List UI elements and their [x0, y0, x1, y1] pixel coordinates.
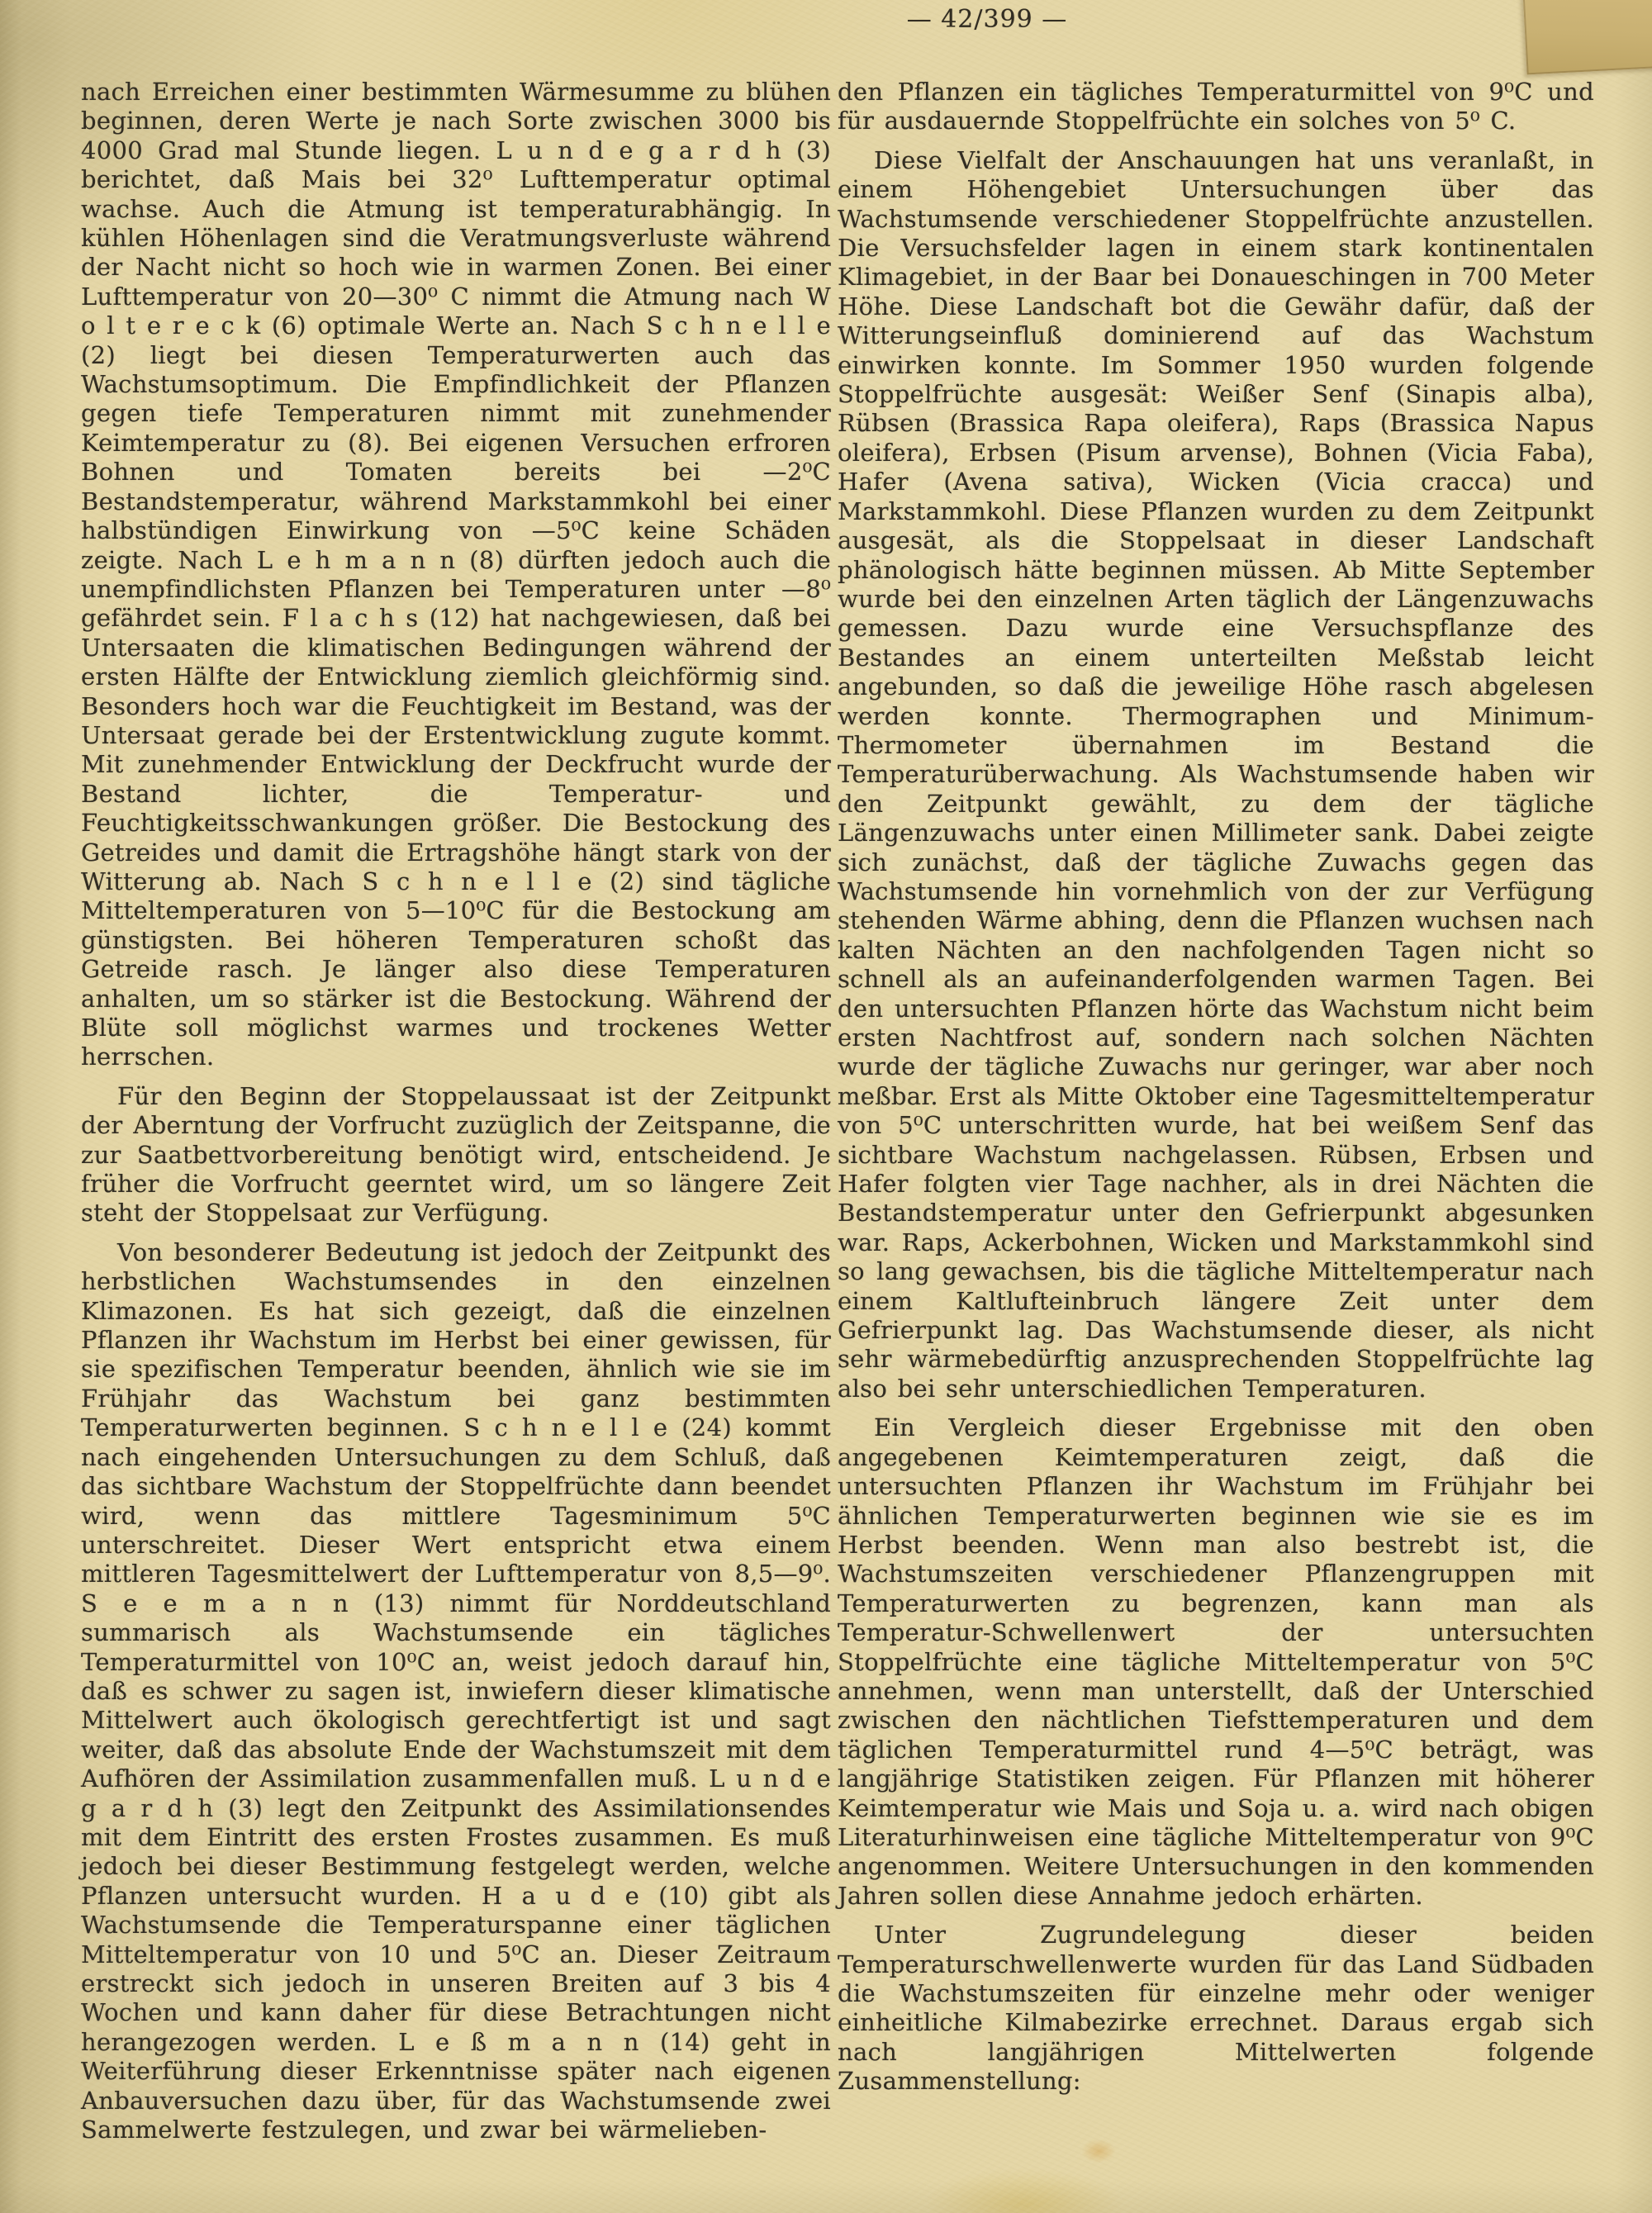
left-column: nach Erreichen einer bestimmten Wärmesum…: [81, 78, 831, 2144]
right-column: den Pflanzen ein tägliches Temperaturmit…: [838, 78, 1594, 2097]
paragraph: den Pflanzen ein tägliches Temperaturmit…: [838, 78, 1594, 136]
paragraph: Für den Beginn der Stoppelaussaat ist de…: [81, 1082, 831, 1228]
paragraph: nach Erreichen einer bestimmten Wärmesum…: [81, 78, 831, 1072]
paper-corner-patch: [1523, 0, 1652, 74]
paragraph: Ein Vergleich dieser Ergebnisse mit den …: [838, 1413, 1594, 1911]
page-number: — 42/399 —: [892, 5, 1082, 34]
paragraph: Diese Vielfalt der Anschauungen hat uns …: [838, 146, 1594, 1403]
paragraph: Von besonderer Bedeutung ist jedoch der …: [81, 1238, 831, 2145]
scanned-page: { "page": { "header": "— 42/399 —" }, "c…: [0, 0, 1652, 2213]
paragraph: Unter Zugrundelegung dieser beiden Tempe…: [838, 1921, 1594, 2096]
